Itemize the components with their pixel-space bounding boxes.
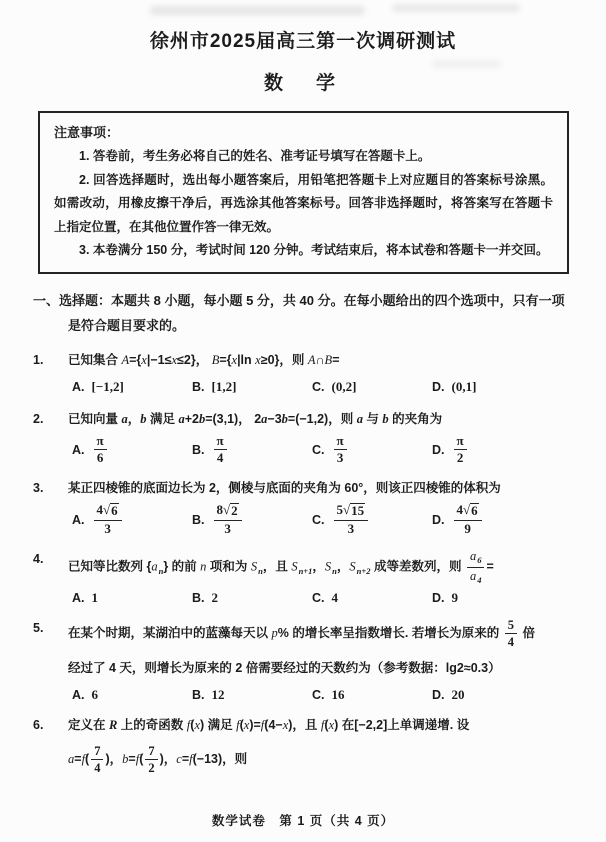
option-label: C. <box>312 688 325 702</box>
question-stem-line2: 经过了 4 天，则增长为原来的 2 倍需要经过的天数约为（参考数据：lg2≈0.… <box>68 658 584 679</box>
option-value: 4√69 <box>452 503 484 537</box>
option-b: B.12 <box>192 687 312 703</box>
option-value: [−1,2] <box>92 379 124 395</box>
notice-item-3: 3. 本卷满分 150 分，考试时间 120 分钟。考试结束后，将本试卷和答题卡… <box>54 239 553 263</box>
question-number: 6. <box>33 715 68 736</box>
page-title: 徐州市2025届高三第一次调研测试 <box>8 26 598 53</box>
option-label: B. <box>192 443 205 457</box>
option-b: B.8√23 <box>192 503 312 537</box>
option-d: D.20 <box>432 687 552 703</box>
option-c: C.π3 <box>312 434 432 467</box>
notice-heading: 注意事项： <box>54 121 553 145</box>
question-number: 3. <box>33 478 68 499</box>
option-c: C.4 <box>312 590 432 606</box>
option-label: A. <box>72 443 85 457</box>
question-options: A.4√63 B.8√23 C.5√153 D.4√69 <box>33 503 584 537</box>
option-label: A. <box>72 380 85 394</box>
question-stem: 在某个时期，某湖泊中的蓝藻每天以 p% 的增长率呈指数增长. 若增长为原来的 5… <box>68 618 584 650</box>
option-a: A.1 <box>72 590 192 606</box>
option-b: B.[1,2] <box>192 379 312 395</box>
option-label: B. <box>192 688 205 702</box>
option-a: A.π6 <box>72 434 192 467</box>
option-label: D. <box>432 513 445 527</box>
scan-artifact <box>392 4 520 12</box>
option-label: A. <box>72 591 85 605</box>
question-5: 5. 在某个时期，某湖泊中的蓝藻每天以 p% 的增长率呈指数增长. 若增长为原来… <box>33 618 584 703</box>
option-value: 20 <box>452 687 465 703</box>
question-number: 1. <box>33 350 68 371</box>
option-label: D. <box>432 591 445 605</box>
option-d: D.4√69 <box>432 503 552 537</box>
question-stem: 已知集合 A={x|−1≤x≤2}， B={x|ln x≥0}，则 A∩B= <box>68 350 584 371</box>
option-c: C.16 <box>312 687 432 703</box>
scan-artifact <box>150 6 365 15</box>
question-stem-line2: a=f(74)，b=f(72)，c=f(−13)，则 <box>68 744 584 776</box>
option-value: π4 <box>212 434 229 467</box>
option-label: B. <box>192 591 205 605</box>
notice-box: 注意事项： 1. 答卷前，考生务必将自己的姓名、准考证号填写在答题卡上。 2. … <box>38 111 569 274</box>
option-label: C. <box>312 513 325 527</box>
option-value: 16 <box>332 687 345 703</box>
option-label: A. <box>72 688 85 702</box>
option-value: (0,1] <box>452 379 477 395</box>
question-options: A.[−1,2] B.[1,2] C.(0,2] D.(0,1] <box>33 379 584 395</box>
question-3: 3. 某正四棱锥的底面边长为 2，侧棱与底面的夹角为 60°，则该正四棱锥的体积… <box>33 478 584 537</box>
option-label: C. <box>312 591 325 605</box>
option-label: D. <box>432 443 445 457</box>
question-stem: 某正四棱锥的底面边长为 2，侧棱与底面的夹角为 60°，则该正四棱锥的体积为 <box>68 478 584 499</box>
option-value: π6 <box>92 434 109 467</box>
question-2: 2. 已知向量 a，b 满足 a+2b=(3,1)， 2a−3b=(−1,2)，… <box>33 409 584 467</box>
option-value: π2 <box>452 434 469 467</box>
option-label: C. <box>312 443 325 457</box>
option-a: A.6 <box>72 687 192 703</box>
option-value: (0,2] <box>332 379 357 395</box>
subject-title: 数 学 <box>0 68 606 95</box>
option-label: C. <box>312 380 325 394</box>
option-b: B.π4 <box>192 434 312 467</box>
option-c: C.5√153 <box>312 503 432 537</box>
option-label: D. <box>432 688 445 702</box>
option-value: 8√23 <box>212 503 244 537</box>
option-a: A.4√63 <box>72 503 192 537</box>
option-value: 1 <box>92 590 99 606</box>
notice-item-1: 1. 答卷前，考生务必将自己的姓名、准考证号填写在答题卡上。 <box>54 145 553 169</box>
section-heading-line2: 是符合题目要求的。 <box>33 313 576 338</box>
question-number: 4. <box>33 549 68 570</box>
option-value: [1,2] <box>212 379 237 395</box>
option-c: C.(0,2] <box>312 379 432 395</box>
question-options: A.π6 B.π4 C.π3 D.π2 <box>33 434 584 467</box>
option-value: 4√63 <box>92 503 124 537</box>
question-stem: 已知向量 a，b 满足 a+2b=(3,1)， 2a−3b=(−1,2)，则 a… <box>68 409 584 430</box>
question-options: A.1 B.2 C.4 D.9 <box>33 590 584 606</box>
question-stem: 已知等比数列 {an} 的前 n 项和为 Sn，且 Sn+1，Sn，Sn+2 成… <box>68 549 584 586</box>
question-number: 5. <box>33 618 68 639</box>
option-label: B. <box>192 380 205 394</box>
option-label: A. <box>72 513 85 527</box>
option-d: D.(0,1] <box>432 379 552 395</box>
option-label: B. <box>192 513 205 527</box>
option-d: D.π2 <box>432 434 552 467</box>
option-b: B.2 <box>192 590 312 606</box>
option-a: A.[−1,2] <box>72 379 192 395</box>
question-1: 1. 已知集合 A={x|−1≤x≤2}， B={x|ln x≥0}，则 A∩B… <box>33 350 584 395</box>
option-value: π3 <box>332 434 349 467</box>
option-value: 12 <box>212 687 225 703</box>
option-value: 4 <box>332 590 339 606</box>
question-number: 2. <box>33 409 68 430</box>
option-value: 6 <box>92 687 99 703</box>
option-value: 2 <box>212 590 219 606</box>
option-value: 5√153 <box>332 503 371 537</box>
question-4: 4. 已知等比数列 {an} 的前 n 项和为 Sn，且 Sn+1，Sn，Sn+… <box>33 549 584 606</box>
question-options: A.6 B.12 C.16 D.20 <box>33 687 584 703</box>
question-6: 6. 定义在 R 上的奇函数 f(x) 满足 f(x)=f(4−x)，且 f(x… <box>33 715 584 776</box>
exam-page: 徐州市2025届高三第一次调研测试 数 学 注意事项： 1. 答卷前，考生务必将… <box>0 0 606 842</box>
option-label: D. <box>432 380 445 394</box>
question-stem: 定义在 R 上的奇函数 f(x) 满足 f(x)=f(4−x)，且 f(x) 在… <box>68 715 584 736</box>
section-heading: 一、选择题：本题共 8 小题，每小题 5 分，共 40 分。在每小题给出的四个选… <box>33 288 576 338</box>
section-heading-line1: 一、选择题：本题共 8 小题，每小题 5 分，共 40 分。在每小题给出的四个选… <box>33 288 576 313</box>
page-footer: 数学试卷 第 1 页（共 4 页） <box>0 811 606 829</box>
option-value: 9 <box>452 590 459 606</box>
option-d: D.9 <box>432 590 552 606</box>
notice-item-2: 2. 回答选择题时，选出每小题答案后，用铅笔把答题卡上对应题目的答案标号涂黑。如… <box>54 169 553 240</box>
scan-artifact <box>432 60 502 68</box>
